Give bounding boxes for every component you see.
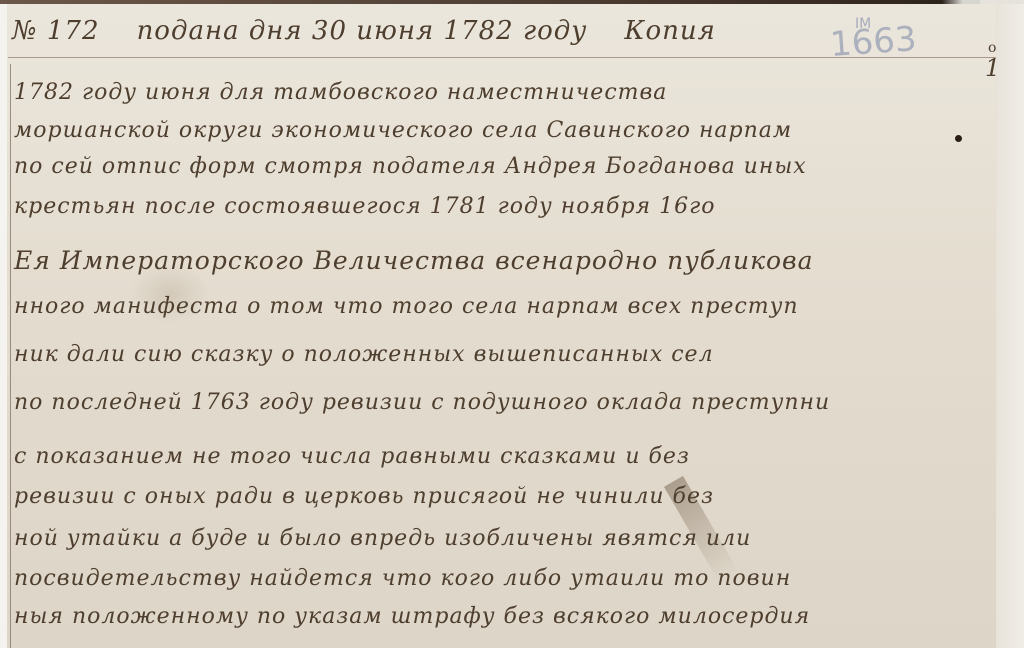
text-line-2: моршанской округи экономического села Са… bbox=[14, 118, 792, 143]
header-text: подана дня 30 июня 1782 году bbox=[137, 16, 588, 46]
right-margin-rule bbox=[1008, 96, 1009, 648]
manuscript-page: № 172 подана дня 30 июня 1782 году Копия… bbox=[0, 4, 1024, 648]
archive-stamp: 1663 bbox=[829, 19, 918, 65]
ink-blot bbox=[955, 135, 962, 142]
entry-number: № 172 bbox=[12, 16, 100, 46]
text-line-3: по сей отпис форм смотря подателя Андрея… bbox=[14, 154, 807, 179]
text-line-13: ныя положенному по указам штрафу без вся… bbox=[14, 604, 810, 629]
text-line-12: посвидетельству найдется что кого либо у… bbox=[14, 566, 791, 591]
text-line-5: Ея Императорского Величества всенародно … bbox=[14, 246, 814, 275]
text-line-8: по последней 1763 году ревизии с подушно… bbox=[14, 390, 830, 415]
header-line: № 172 подана дня 30 июня 1782 году Копия bbox=[12, 16, 716, 46]
text-line-1: 1782 году июня для тамбовского наместнич… bbox=[14, 80, 667, 105]
folio-number: 1 bbox=[985, 54, 1000, 82]
text-line-9: с показанием не того числа равными сказк… bbox=[14, 444, 690, 469]
text-line-11: ной утайки а буде и было впредь изобличе… bbox=[14, 526, 751, 551]
copy-annotation: Копия bbox=[624, 16, 715, 46]
text-line-4: крестьян после состоявшегося 1781 году н… bbox=[14, 194, 715, 219]
text-line-6: нного манифеста о том что того села нарп… bbox=[14, 294, 799, 319]
left-margin-rule bbox=[10, 64, 11, 648]
text-line-7: ник дали сию сказку о положенных вышепис… bbox=[14, 342, 714, 367]
text-line-10: ревизии с оных ради в церковь присягой н… bbox=[14, 484, 714, 509]
